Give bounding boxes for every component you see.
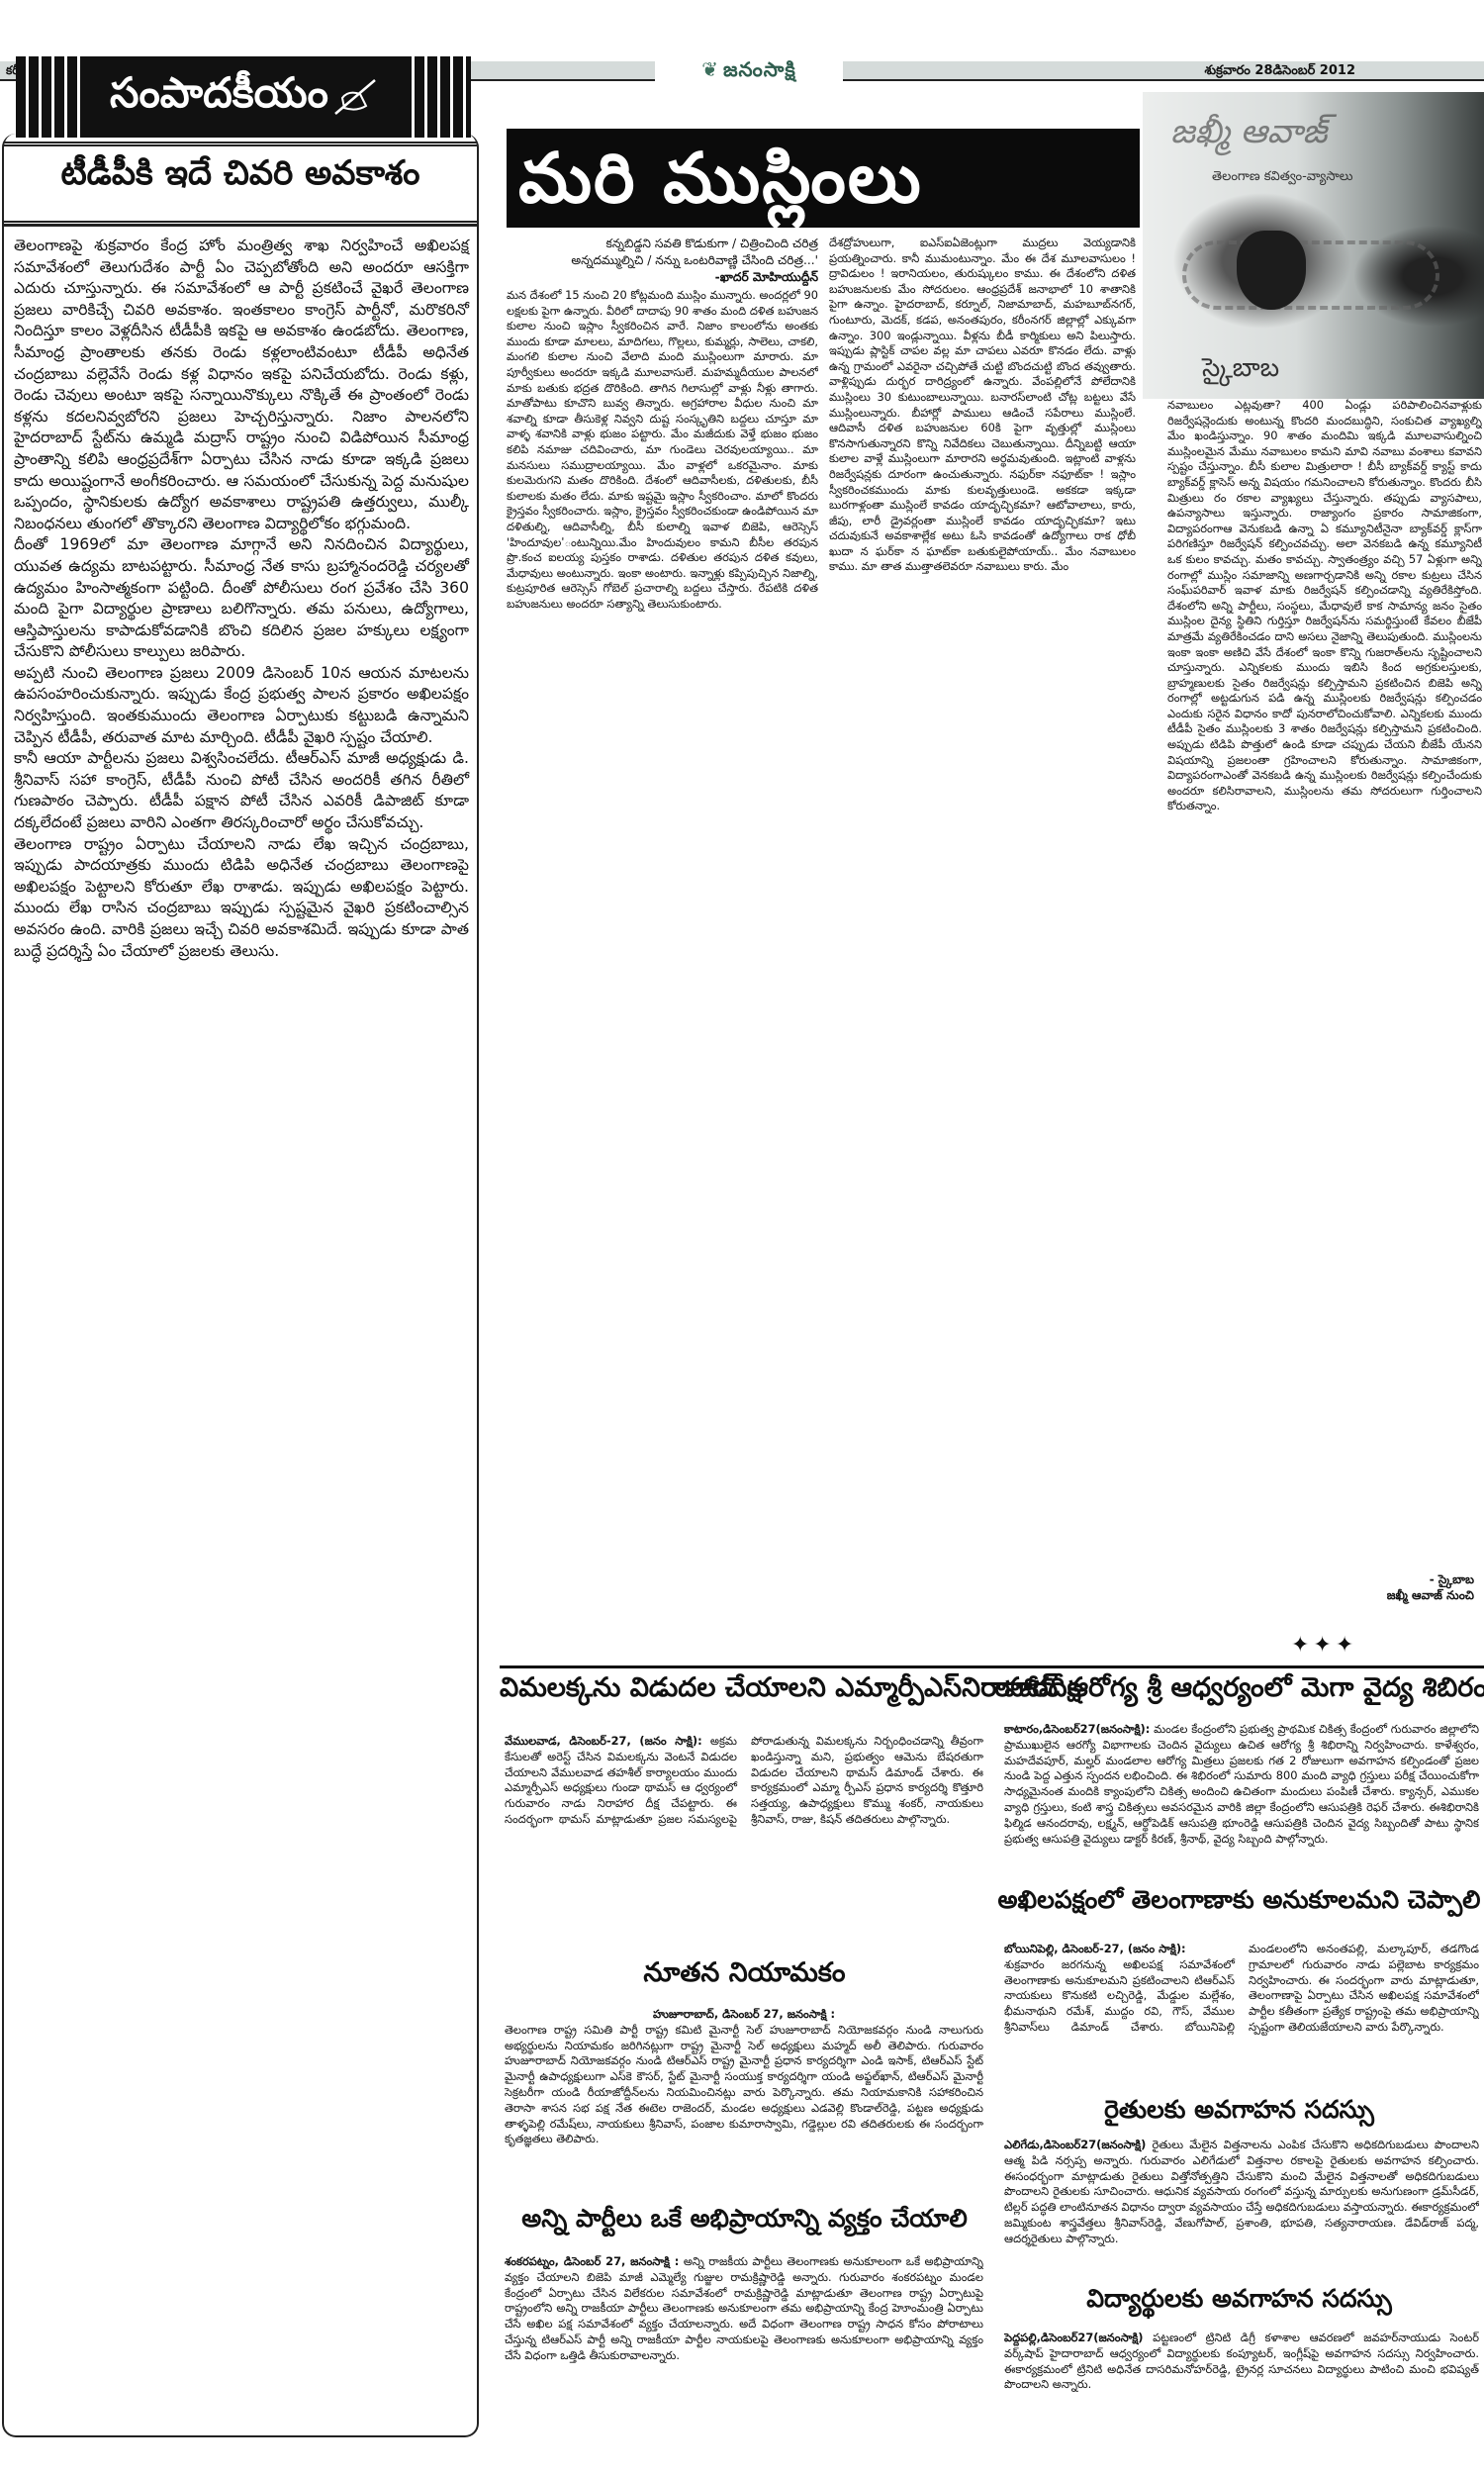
article-text: నవాబులం ఎట్లవుతా? 400 ఏండ్లు పరిపాలించిన… bbox=[1167, 398, 1482, 814]
news-dateline: పెద్దపల్లి,డిసెంబర్27(జనంసాక్షి) bbox=[1004, 2331, 1143, 2344]
epigraph: కన్నబిడ్డని సవతి కొడుకుగా / చిత్రించింది… bbox=[507, 236, 818, 286]
editorial-section-label: సంపాదకీయం bbox=[110, 68, 328, 128]
epigraph-attribution: -ఖాదర్ మోహియుద్దీన్ bbox=[507, 269, 818, 286]
news-dateline: శంకరపట్నం, డిసెంబర్ 27, జనంసాక్షి : bbox=[505, 2254, 679, 2268]
book-author: స్కైబాబ bbox=[1202, 353, 1279, 389]
news-body: ఎలిగేడు,డిసెంబర్27(జనంసాక్షి) రైతులు మేల… bbox=[1004, 2138, 1479, 2271]
news-text: మండల కేంద్రంలోని ప్రభుత్వ ప్రాథమిక చికిత… bbox=[1004, 1722, 1479, 1846]
signoff-source: జఖ్మీ ఆవాజ్ నుంచి bbox=[1167, 1587, 1474, 1603]
news-dateline: కాటారం,డిసెంబర్27(జనంసాక్షి): bbox=[1004, 1722, 1150, 1736]
editorial-paragraph: తెలంగాణ రాష్ట్రం ఏర్పాటు చేయాలని నాడు లే… bbox=[14, 834, 469, 963]
editorial-paragraph: దీంతో 1969లో మా తెలంగాణ మాగ్గానే అని నిన… bbox=[14, 534, 469, 663]
news-headline: అఖిలపక్షంలో తెలంగాణాకు అనుకూలమని చెప్పాల… bbox=[994, 1885, 1484, 1921]
news-dateline: వేములవాడ, డిసెంబర్-27, (జనం సాక్షి): bbox=[505, 1734, 702, 1748]
main-article-column-3: నవాబులం ఎట్లవుతా? 400 ఏండ్లు పరిపాలించిన… bbox=[1167, 398, 1482, 1570]
epigraph-line: అన్నదమ్ముల్నిచి / నన్ను ఒంటరివాణ్ణి చేసి… bbox=[507, 252, 818, 269]
signoff-author: - స్కైబాబ bbox=[1167, 1571, 1474, 1587]
news-headline: రాజీవ్ ఆరోగ్య శ్రీ ఆధ్వర్యంలో మెగా వైద్య… bbox=[994, 1672, 1484, 1710]
editorial-paragraph: అప్పటి నుంచి తెలంగాణ ప్రజలు 2009 డిసెంబర… bbox=[14, 663, 469, 748]
main-article-column-2: దేశద్రోహులుగా, ఐఎస్ఐఏజెంట్లుగా ముద్రలు వ… bbox=[829, 236, 1136, 1702]
newspaper-name: జనంసాక్షి bbox=[723, 57, 796, 81]
chain-graphic bbox=[1182, 240, 1439, 310]
editorial-rule-top bbox=[4, 142, 477, 146]
book-title: జఖ్మీ ఆవాజ్ bbox=[1170, 112, 1327, 159]
editorial-headline: టీడీపీకి ఇదే చివరి అవకాశం bbox=[4, 151, 477, 195]
fist-graphic bbox=[1237, 231, 1306, 310]
news-body: పెద్దపల్లి,డిసెంబర్27(జనంసాక్షి) పట్టణంల… bbox=[1004, 2331, 1479, 2410]
news-headline: రైతులకు అవగాహన సదస్సు bbox=[994, 2095, 1484, 2131]
news-headline: విమలక్కను విడుదల చేయాలని ఎమ్మార్పీఎస్‌ని… bbox=[500, 1672, 989, 1710]
news-body: బోయినిపెల్లి, డిసెంబర్-27, (జనం సాక్షి):… bbox=[1004, 1942, 1479, 2080]
editorial-rule-bottom bbox=[4, 221, 477, 227]
book-subtitle: తెలంగాణ కవిత్వం-వ్యాసాలు bbox=[1212, 169, 1353, 187]
section-divider bbox=[500, 1665, 1484, 1668]
news-headline: విద్యార్థులకు అవగాహన సదస్సు bbox=[994, 2284, 1484, 2320]
writing-hand-icon bbox=[330, 76, 380, 116]
news-text: అన్ని రాజకీయ పార్టీలు తెలంగాణకు అనుకూలంగ… bbox=[505, 2254, 983, 2362]
news-dateline: హుజూరాబాద్, డిసెంబర్ 27, జనంసాక్షి : bbox=[505, 2007, 983, 2023]
article-text: దేశద్రోహులుగా, ఐఎస్ఐఏజెంట్లుగా ముద్రలు వ… bbox=[829, 236, 1136, 575]
news-body: శంకరపట్నం, డిసెంబర్ 27, జనంసాక్షి : అన్న… bbox=[505, 2254, 983, 2403]
article-text: మన దేశంలో 15 నుంచి 20 కోట్లమంది ముస్లిం … bbox=[507, 288, 818, 612]
news-text: రైతులు మేలైన విత్తనాలను ఎంపిక చేసుకొని అ… bbox=[1004, 2138, 1479, 2245]
news-dateline: ఎలిగేడు,డిసెంబర్27(జనంసాక్షి) bbox=[1004, 2138, 1146, 2151]
news-dateline: బోయినిపెల్లి, డిసెంబర్-27, (జనం సాక్షి): bbox=[1004, 1942, 1235, 1957]
editorial-body: తెలంగాణపై శుక్రవారం కేంద్ర హోం మంత్రిత్వ… bbox=[14, 236, 469, 962]
editorial-box: సంపాదకీయం టీడీపీకి ఇదే చివరి అవకాశం తెలం… bbox=[2, 134, 479, 2437]
epigraph-line: కన్నబిడ్డని సవతి కొడుకుగా / చిత్రించింది… bbox=[507, 236, 818, 252]
news-body: కాటారం,డిసెంబర్27(జనంసాక్షి): మండల కేంద్… bbox=[1004, 1722, 1479, 1880]
issue-date: శుక్రవారం 28డిసెంబర్ 2012 bbox=[1205, 63, 1355, 81]
logo-leaf-icon: ❦ bbox=[701, 57, 719, 81]
editorial-paragraph: తెలంగాణపై శుక్రవారం కేంద్ర హోం మంత్రిత్వ… bbox=[14, 236, 469, 534]
news-body: హుజూరాబాద్, డిసెంబర్ 27, జనంసాక్షి : తెల… bbox=[505, 2007, 983, 2195]
news-headline: నూతన నియామకం bbox=[500, 1957, 989, 1995]
separator-stars-icon: ✦✦✦ bbox=[1291, 1633, 1357, 1658]
editorial-banner: సంపాదకీయం bbox=[16, 56, 471, 138]
article-signoff: - స్కైబాబ జఖ్మీ ఆవాజ్ నుంచి bbox=[1167, 1571, 1474, 1603]
main-article-column-1: కన్నబిడ్డని సవతి కొడుకుగా / చిత్రించింది… bbox=[507, 236, 818, 1702]
newspaper-logo[interactable]: ❦జనంసాక్షి bbox=[655, 55, 843, 83]
banner-stripes-left bbox=[16, 56, 85, 138]
book-cover-image: జఖ్మీ ఆవాజ్ తెలంగాణ కవిత్వం-వ్యాసాలు స్క… bbox=[1143, 92, 1484, 399]
news-body: వేములవాడ, డిసెంబర్-27, (జనం సాక్షి): అక్… bbox=[505, 1734, 983, 1922]
main-article-headline: మరి ముస్లింలు ఎవరు? bbox=[507, 129, 1140, 228]
banner-stripes-right bbox=[402, 56, 471, 138]
news-headline: అన్ని పార్టీలు ఒకే అభిప్రాయాన్ని వ్యక్తం… bbox=[500, 2204, 989, 2239]
editorial-paragraph: కానీ ఆయా పార్టీలను ప్రజలు విశ్వసించలేదు.… bbox=[14, 748, 469, 833]
news-text: తెలంగాణ రాష్ట్ర సమితి పార్టీ రాష్ట్ర కమి… bbox=[505, 2023, 983, 2146]
